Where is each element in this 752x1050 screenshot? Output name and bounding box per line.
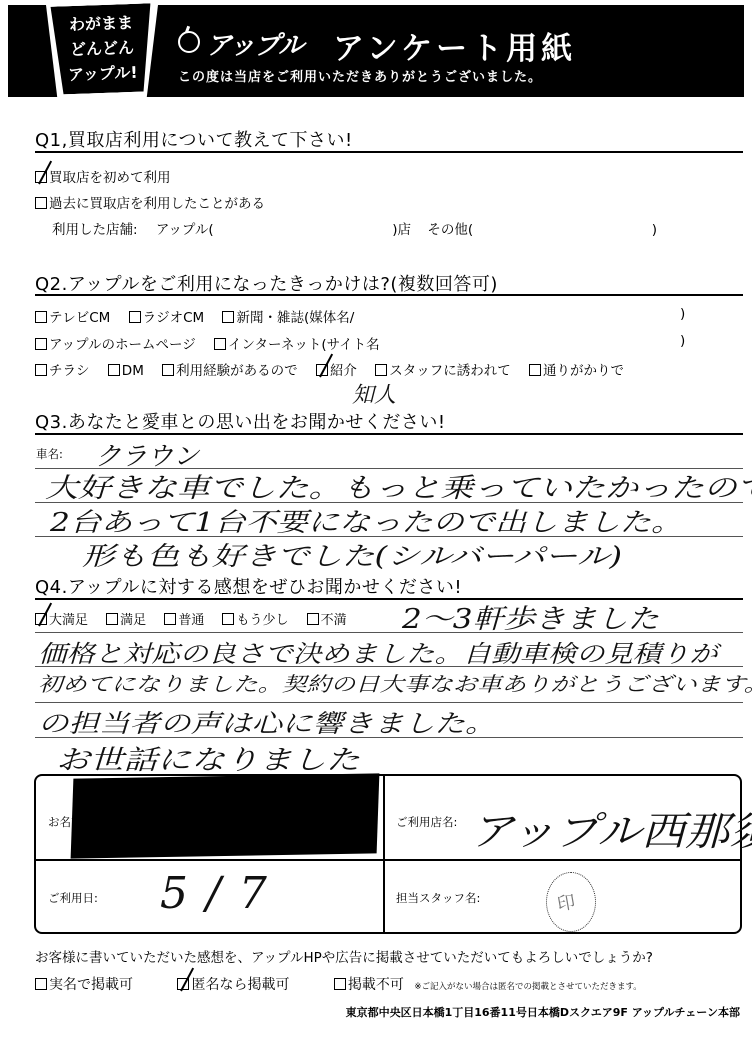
- q2-option-internet[interactable]: インターネット(サイト名: [214, 333, 380, 353]
- close-paren: ): [680, 306, 685, 322]
- q2-rule: [35, 294, 743, 296]
- option-label: テレビCM: [49, 310, 110, 326]
- option-label: アップルのホームページ: [49, 337, 196, 353]
- option-label: インターネット(サイト名: [228, 337, 380, 353]
- rating-average[interactable]: 普通: [164, 609, 204, 628]
- other-store-prefix: その他(: [427, 222, 473, 238]
- checkbox[interactable]: [164, 613, 176, 625]
- writing-line: [35, 632, 743, 633]
- q2-row-2: アップルのホームページ インターネット(サイト名 ): [35, 333, 685, 353]
- q4-heading: Q4.アップルに対する感想をぜひお聞かせください!: [35, 573, 462, 599]
- page-subtitle: この度は当店をご利用いただきありがとうございました。: [178, 66, 542, 85]
- page-title: アンケート用紙: [333, 23, 576, 68]
- q2-option-staff[interactable]: スタッフに誘われて: [375, 359, 511, 379]
- slogan-line: アップル!: [52, 59, 153, 87]
- handwritten-store-name[interactable]: アップル西那須野: [470, 800, 752, 857]
- option-label: 実名で掲載可: [49, 977, 133, 993]
- q2-option-newspaper[interactable]: 新聞・雑誌(媒体名/: [222, 306, 354, 326]
- q3-rule: [35, 433, 743, 435]
- q2-option-flyer[interactable]: チラシ: [35, 359, 90, 379]
- option-label: 過去に買取店を利用したことがある: [49, 196, 265, 212]
- redacted-name: [71, 773, 380, 858]
- q1-option-first-time[interactable]: 買取店を初めて利用: [35, 166, 171, 186]
- checkbox[interactable]: [35, 978, 47, 990]
- close-paren: ): [680, 333, 685, 349]
- q2-option-tv-cm[interactable]: テレビCM: [35, 306, 110, 326]
- publish-options: 実名で掲載可 匿名なら掲載可 掲載不可 ※ご記入がない場合は匿名での掲載とさせて…: [35, 974, 642, 994]
- checkbox[interactable]: [108, 364, 120, 376]
- q2-heading: Q2.アップルをご利用になったきっかけは?(複数回答可): [35, 270, 498, 296]
- rating-dissatisfied[interactable]: 不満: [307, 609, 347, 628]
- q2-option-referral[interactable]: 紹介: [316, 359, 357, 379]
- q2-option-homepage[interactable]: アップルのホームページ: [35, 333, 196, 353]
- store-name-label: ご利用店名:: [396, 814, 457, 830]
- checkbox-checked[interactable]: [316, 364, 328, 376]
- header-banner: わがまま どんどん アップル! アップル アンケート用紙 この度は当店をご利用い…: [8, 5, 744, 97]
- q1-option-used-before[interactable]: 過去に買取店を利用したことがある: [35, 192, 265, 212]
- checkbox[interactable]: [35, 338, 47, 350]
- option-label: 匿名なら掲載可: [191, 977, 289, 993]
- publish-not-allowed[interactable]: 掲載不可: [334, 974, 404, 994]
- q2-option-experience[interactable]: 利用経験があるので: [162, 359, 298, 379]
- option-label: DM: [122, 363, 144, 379]
- checkbox[interactable]: [307, 613, 319, 625]
- staff-stamp: 印: [546, 872, 596, 932]
- publish-real-name[interactable]: 実名で掲載可: [35, 974, 133, 994]
- checkbox[interactable]: [222, 311, 234, 323]
- option-label: 不満: [321, 613, 347, 628]
- handwritten-impression-line[interactable]: 価格と対応の良さで決めました。自動車検の見積りが: [38, 634, 718, 669]
- option-label: スタッフに誘われて: [389, 363, 511, 379]
- option-label: 新聞・雑誌(媒体名/: [236, 310, 354, 326]
- q2-option-radio-cm[interactable]: ラジオCM: [129, 306, 205, 326]
- handwritten-memory-line[interactable]: 形も色も好きでした(シルバーパール): [82, 536, 622, 573]
- checkbox[interactable]: [214, 338, 226, 350]
- option-label: 通りがかりで: [543, 363, 624, 379]
- checkbox[interactable]: [222, 613, 234, 625]
- apple-store-prefix: アップル(: [156, 222, 214, 238]
- other-store-suffix: ): [652, 222, 657, 238]
- q2-option-dm[interactable]: DM: [108, 363, 144, 379]
- handwritten-impression-line[interactable]: 初めてになりました。契約の日大事なお車ありがとうございます。担当: [38, 668, 752, 697]
- brand-logo: アップル: [206, 25, 303, 62]
- checkbox[interactable]: [106, 613, 118, 625]
- q1-rule: [35, 151, 743, 153]
- handwritten-referral-note: 知人: [352, 378, 396, 409]
- option-label: 普通: [178, 613, 204, 628]
- car-name-label: 車名:: [36, 446, 63, 462]
- checkbox-checked[interactable]: [35, 613, 47, 625]
- option-label: チラシ: [49, 363, 90, 379]
- checkbox[interactable]: [35, 197, 47, 209]
- slogan-line: どんどん: [52, 34, 153, 62]
- handwritten-impression-line[interactable]: 2〜3軒歩きました: [402, 597, 659, 636]
- publish-note: ※ご記入がない場合は匿名での掲載とさせていただきます。: [414, 982, 641, 992]
- checkbox-checked[interactable]: [177, 978, 189, 990]
- checkbox[interactable]: [529, 364, 541, 376]
- store-label: 利用した店舗:: [52, 222, 138, 238]
- option-label: ラジオCM: [143, 310, 205, 326]
- apple-store-suffix: )店: [392, 222, 411, 238]
- slogan-tag: わがまま どんどん アップル!: [50, 3, 153, 94]
- q3-heading: Q3.あなたと愛車との思い出をお聞かせください!: [35, 408, 446, 434]
- option-label: 掲載不可: [348, 977, 404, 993]
- rating-could-be-better[interactable]: もう少し: [222, 609, 288, 628]
- option-label: 利用経験があるので: [176, 363, 298, 379]
- option-label: もう少し: [236, 613, 288, 628]
- handwritten-impression-line[interactable]: の担当者の声は心に響きました。: [38, 704, 496, 740]
- rating-satisfied[interactable]: 満足: [106, 609, 146, 628]
- option-label: 満足: [120, 613, 146, 628]
- q2-row-1: テレビCM ラジオCM 新聞・雑誌(媒体名/ ): [35, 306, 685, 326]
- q2-option-passing-by[interactable]: 通りがかりで: [529, 359, 624, 379]
- option-label: 紹介: [330, 363, 357, 379]
- box-divider-vertical: [383, 776, 385, 932]
- slogan-line: わがまま: [51, 9, 152, 37]
- checkbox[interactable]: [129, 311, 141, 323]
- staff-label: 担当スタッフ名:: [396, 890, 480, 906]
- box-divider-horizontal: [36, 859, 740, 861]
- checkbox[interactable]: [35, 364, 47, 376]
- publish-question: お客様に書いていただいた感想を、アップルHPや広告に掲載させていただいてもよろし…: [35, 946, 653, 966]
- q4-rating-row: 大満足 満足 普通 もう少し 不満: [35, 609, 361, 628]
- handwritten-date[interactable]: 5/7: [160, 868, 285, 919]
- handwritten-memory-line[interactable]: 大好きな車でした。もっと乗っていたかったので。: [45, 466, 752, 505]
- option-label: 大満足: [49, 613, 88, 628]
- stamp-text: 印: [555, 888, 577, 917]
- handwritten-impression-line[interactable]: お世話になりました: [56, 738, 360, 777]
- publish-anonymous[interactable]: 匿名なら掲載可: [177, 974, 289, 994]
- checkbox[interactable]: [375, 364, 387, 376]
- option-label: 買取店を初めて利用: [49, 170, 171, 186]
- checkbox-checked[interactable]: [35, 171, 47, 183]
- apple-icon: [178, 31, 200, 53]
- rating-very-satisfied[interactable]: 大満足: [35, 609, 88, 628]
- handwritten-memory-line[interactable]: 2台あって1台不要になったので出しました。: [50, 502, 682, 539]
- q2-row-3: チラシ DM 利用経験があるので 紹介 スタッフに誘われて 通りがかりで: [35, 359, 638, 379]
- q1-heading: Q1,買取店利用について教えて下さい!: [35, 126, 353, 152]
- q1-store-line: 利用した店舗: アップル( )店 その他( ): [52, 218, 657, 238]
- company-address: 東京都中央区日本橋1丁目16番11号日本橋Dスクエア9F アップルチェーン本部: [346, 1004, 740, 1020]
- date-label: ご利用日:: [48, 890, 98, 906]
- checkbox[interactable]: [162, 364, 174, 376]
- checkbox[interactable]: [334, 978, 346, 990]
- writing-line: [35, 702, 743, 703]
- checkbox[interactable]: [35, 311, 47, 323]
